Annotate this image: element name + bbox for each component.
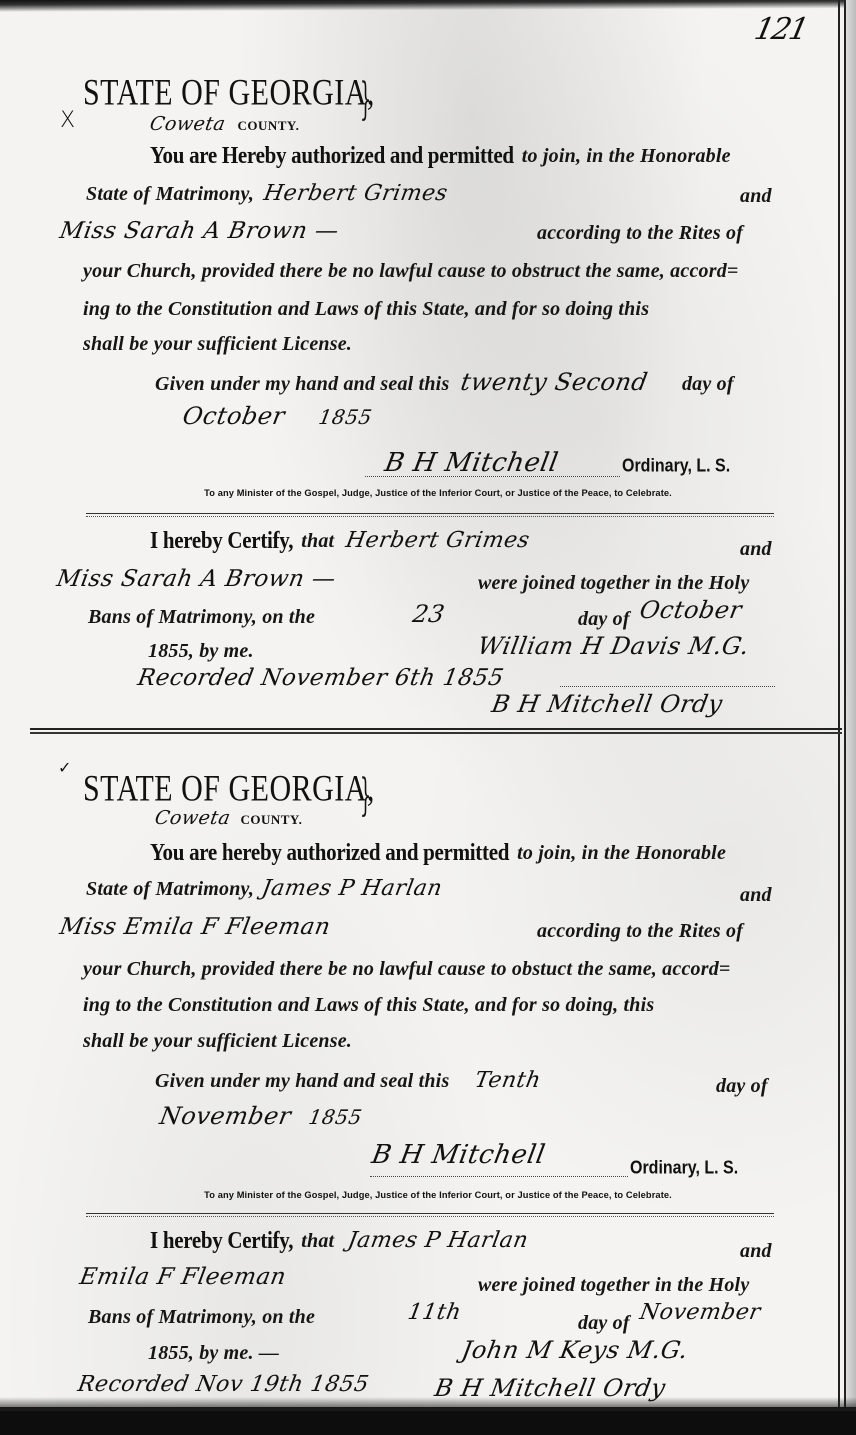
groom-name: James P Harlan	[260, 876, 444, 901]
license-line-6: shall be your sufficient License.	[83, 1030, 352, 1053]
cert-officiant: William H Davis M.G.	[476, 632, 752, 660]
entry-separator	[30, 728, 842, 734]
ordinary-label: Ordinary, L. S.	[630, 1159, 738, 1180]
license-line-2: State of Matrimony, Herbert Grimes	[86, 181, 448, 206]
given-day: twenty Second	[459, 368, 650, 396]
license-line-1: You are Hereby authorized and permitted …	[150, 143, 731, 168]
license-line-4: your Church, provided there be no lawful…	[83, 958, 731, 981]
cert-groom: James P Harlan	[346, 1228, 530, 1253]
signature: B H Mitchell	[382, 448, 560, 478]
divider	[86, 513, 774, 517]
county-row: Coweta COUNTY.	[150, 113, 299, 135]
scan-bottom-shadow	[0, 1407, 856, 1435]
county-label: COUNTY.	[237, 118, 299, 133]
certificate-lead: I hereby Certify,	[150, 526, 293, 555]
brace-icon: }	[360, 78, 371, 122]
given-line: Given under my hand and seal this Tenth	[155, 1068, 541, 1093]
certificate-line-1: I hereby Certify, that James P Harlan	[150, 1228, 528, 1253]
scan-top-shadow	[0, 0, 856, 12]
bride-name: Miss Emila F Fleeman	[58, 914, 333, 940]
county-name: Coweta	[148, 113, 227, 135]
license-line-6: shall be your sufficient License.	[83, 333, 352, 356]
given-day: Tenth	[473, 1068, 543, 1093]
license-line-5: ing to the Constitution and Laws of this…	[83, 298, 649, 321]
page-number: 121	[751, 12, 810, 47]
signature: B H Mitchell	[369, 1140, 547, 1170]
license-lead: You are Hereby authorized and permitted	[150, 141, 514, 170]
county-name: Coweta	[153, 807, 232, 829]
given-date-line: November 1855	[160, 1102, 362, 1130]
cert-groom: Herbert Grimes	[344, 528, 532, 553]
license-caption: To any Minister of the Gospel, Judge, Ju…	[128, 1190, 748, 1200]
given-year: 1855	[307, 1105, 364, 1129]
register-page: 121 X STATE OF GEORGIA, } Coweta COUNTY.…	[0, 0, 856, 1435]
license-line-4: your Church, provided there be no lawful…	[83, 260, 739, 283]
check-mark: X	[60, 108, 75, 133]
given-line: Given under my hand and seal this twenty…	[155, 368, 734, 396]
license-line-5: ing to the Constitution and Laws of this…	[83, 994, 654, 1017]
given-month: October	[181, 402, 288, 430]
county-row: Coweta COUNTY.	[155, 807, 302, 829]
check-mark: ✓	[58, 758, 71, 777]
recorded-date: Recorded Nov 19th 1855	[76, 1372, 371, 1397]
ordinary-signature: B H Mitchell	[372, 1140, 545, 1170]
divider	[86, 1213, 774, 1217]
certificate-line-1: I hereby Certify, that Herbert Grimes	[150, 528, 530, 553]
license-line-2: State of Matrimony, James P Harlan	[86, 876, 442, 901]
bride-name: Miss Sarah A Brown —	[58, 218, 341, 244]
state-heading: STATE OF GEORGIA,	[83, 72, 375, 115]
recorded-clerk: B H Mitchell Ordy	[490, 690, 725, 718]
cert-bride: Miss Sarah A Brown —	[55, 566, 338, 592]
cert-day: 11th	[406, 1300, 463, 1325]
recorded-date: Recorded November 6th 1855	[136, 665, 506, 691]
cert-day: 23	[411, 600, 447, 628]
page-edge	[846, 0, 856, 1435]
ordinary-signature: B H Mitchell	[385, 448, 558, 478]
license-caption: To any Minister of the Gospel, Judge, Ju…	[128, 488, 748, 498]
cert-bride: Emila F Fleeman	[78, 1264, 289, 1290]
given-year: 1855	[317, 405, 374, 429]
given-date-line: October 1855	[183, 402, 372, 430]
cert-month: October	[638, 596, 745, 624]
license-line-1: You are hereby authorized and permitted …	[150, 840, 726, 865]
license-line-3: Miss Sarah A Brown —	[60, 218, 339, 244]
ordinary-label: Ordinary, L. S.	[622, 457, 730, 478]
given-month: November	[158, 1102, 294, 1130]
binding-border	[838, 0, 846, 1410]
county-label: COUNTY.	[240, 812, 302, 827]
state-heading: STATE OF GEORGIA,	[83, 768, 375, 811]
certificate-lead: I hereby Certify,	[150, 1226, 293, 1255]
groom-name: Herbert Grimes	[262, 181, 450, 206]
brace-icon: }	[360, 774, 371, 818]
license-lead: You are hereby authorized and permitted	[150, 838, 509, 867]
cert-month: November	[638, 1300, 763, 1325]
cert-officiant: John M Keys M.G.	[460, 1336, 691, 1364]
